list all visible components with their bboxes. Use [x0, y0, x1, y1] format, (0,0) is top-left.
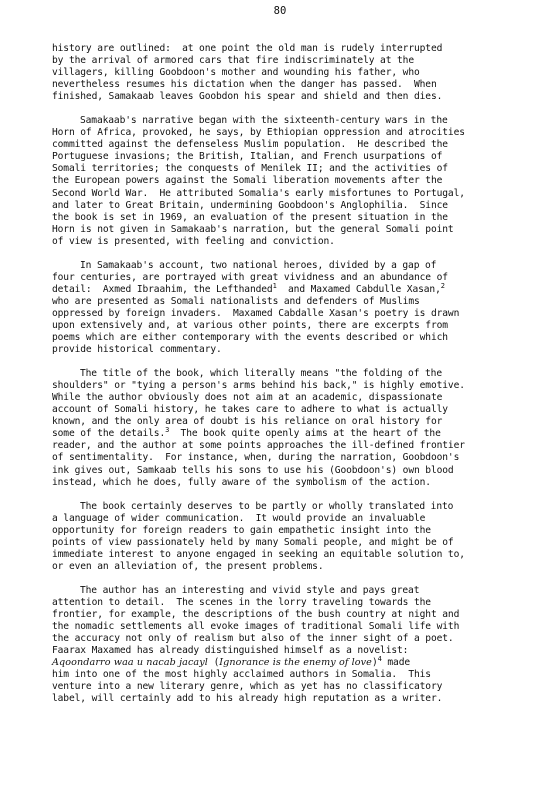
text-line: history are outlined: at one point the o… [52, 43, 532, 55]
text-line: immediate interest to anyone engaged in … [52, 549, 532, 561]
page-number: 80 [0, 5, 560, 17]
text-line: Portuguese invasions; the British, Itali… [52, 151, 532, 163]
text-line: The title of the book, which literally m… [52, 368, 532, 380]
italic-title: Ignorance is the enemy of love [219, 657, 372, 668]
text-line: him into one of the most highly acclaime… [52, 669, 532, 681]
text-line: The author has an interesting and vivid … [52, 585, 532, 597]
text-line: four centuries, are portrayed with great… [52, 272, 532, 284]
text-segment: some of the details. [52, 428, 165, 439]
text-line: In Samakaab's account, two national hero… [52, 260, 532, 272]
text-line: shoulders" or "tying a person's arms beh… [52, 380, 532, 392]
text-segment: The book quite openly aims at the heart … [169, 428, 441, 439]
text-line: known, and the only area of doubt is his… [52, 416, 532, 428]
text-line: While the author obviously does not aim … [52, 392, 532, 404]
text-line: some of the details.3 The book quite ope… [52, 428, 532, 440]
text-line: attention to detail. The scenes in the l… [52, 597, 532, 609]
text-line: committed against the defenseless Muslim… [52, 139, 532, 151]
text-line: ink gives out, Samkaab tells his sons to… [52, 465, 532, 477]
text-line: the European powers against the Somali l… [52, 175, 532, 187]
text-line: account of Somali history, he takes care… [52, 404, 532, 416]
text-line: venture into a new literary genre, which… [52, 681, 532, 693]
text-line: of sentimentality. For instance, when, d… [52, 452, 532, 464]
text-line: a language of wider communication. It wo… [52, 513, 532, 525]
text-line: the accuracy not only of realism but als… [52, 633, 532, 645]
text-line: the book is set in 1969, an evaluation o… [52, 212, 532, 224]
text-segment: made [382, 657, 410, 668]
text-line: label, will certainly add to his already… [52, 693, 532, 705]
text-line: Aqoondarro waa u nacab jacayl (Ignorance… [52, 657, 532, 669]
text-line: instead, which he does, fully aware of t… [52, 477, 532, 489]
text-segment: ( [208, 657, 219, 668]
body-text: history are outlined: at one point the o… [52, 43, 532, 717]
text-line: oppressed by foreign invaders. Maxamed C… [52, 308, 532, 320]
paragraph: The book certainly deserves to be partly… [52, 501, 532, 573]
text-segment: detail: Axmed Ibraahim, the Lefthanded [52, 284, 273, 295]
text-line: Second World War. He attributed Somalia'… [52, 188, 532, 200]
text-line: upon extensively and, at various other p… [52, 320, 532, 332]
text-line: Somali territories; the conquests of Men… [52, 163, 532, 175]
text-line: Samakaab's narrative began with the sixt… [52, 115, 532, 127]
footnote-marker[interactable]: 2 [441, 282, 445, 290]
text-line: Horn is not given in Samakaab's narratio… [52, 224, 532, 236]
text-line: the nomadic settlements all evoke images… [52, 621, 532, 633]
text-line: by the arrival of armored cars that fire… [52, 55, 532, 67]
text-line: and later to Great Britain, undermining … [52, 200, 532, 212]
text-line: opportunity for foreign readers to gain … [52, 525, 532, 537]
text-line: reader, and the author at some points ap… [52, 440, 532, 452]
paragraph: The author has an interesting and vivid … [52, 585, 532, 705]
text-line: finished, Samakaab leaves Goobdon his sp… [52, 91, 532, 103]
paragraph: In Samakaab's account, two national hero… [52, 260, 532, 356]
text-line: villagers, killing Goobdoon's mother and… [52, 67, 532, 79]
paragraph: The title of the book, which literally m… [52, 368, 532, 488]
text-line: The book certainly deserves to be partly… [52, 501, 532, 513]
text-line: Faarax Maxamed has already distinguished… [52, 645, 532, 657]
text-line: of view is presented, with feeling and c… [52, 236, 532, 248]
text-line: points of view passionately held by many… [52, 537, 532, 549]
text-line: Horn of Africa, provoked, he says, by Et… [52, 127, 532, 139]
text-line: or even an alleviation of, the present p… [52, 561, 532, 573]
paragraph: history are outlined: at one point the o… [52, 43, 532, 103]
text-line: nevertheless resumes his dictation when … [52, 79, 532, 91]
text-segment: and Maxamed Cabdulle Xasan, [277, 284, 441, 295]
text-line: who are presented as Somali nationalists… [52, 296, 532, 308]
text-line: frontier, for example, the descriptions … [52, 609, 532, 621]
text-line: detail: Axmed Ibraahim, the Lefthanded1 … [52, 284, 532, 296]
text-line: poems which are either contemporary with… [52, 332, 532, 344]
text-line: provide historical commentary. [52, 344, 532, 356]
paragraph: Samakaab's narrative began with the sixt… [52, 115, 532, 248]
italic-title: Aqoondarro waa u nacab jacayl [52, 657, 208, 668]
